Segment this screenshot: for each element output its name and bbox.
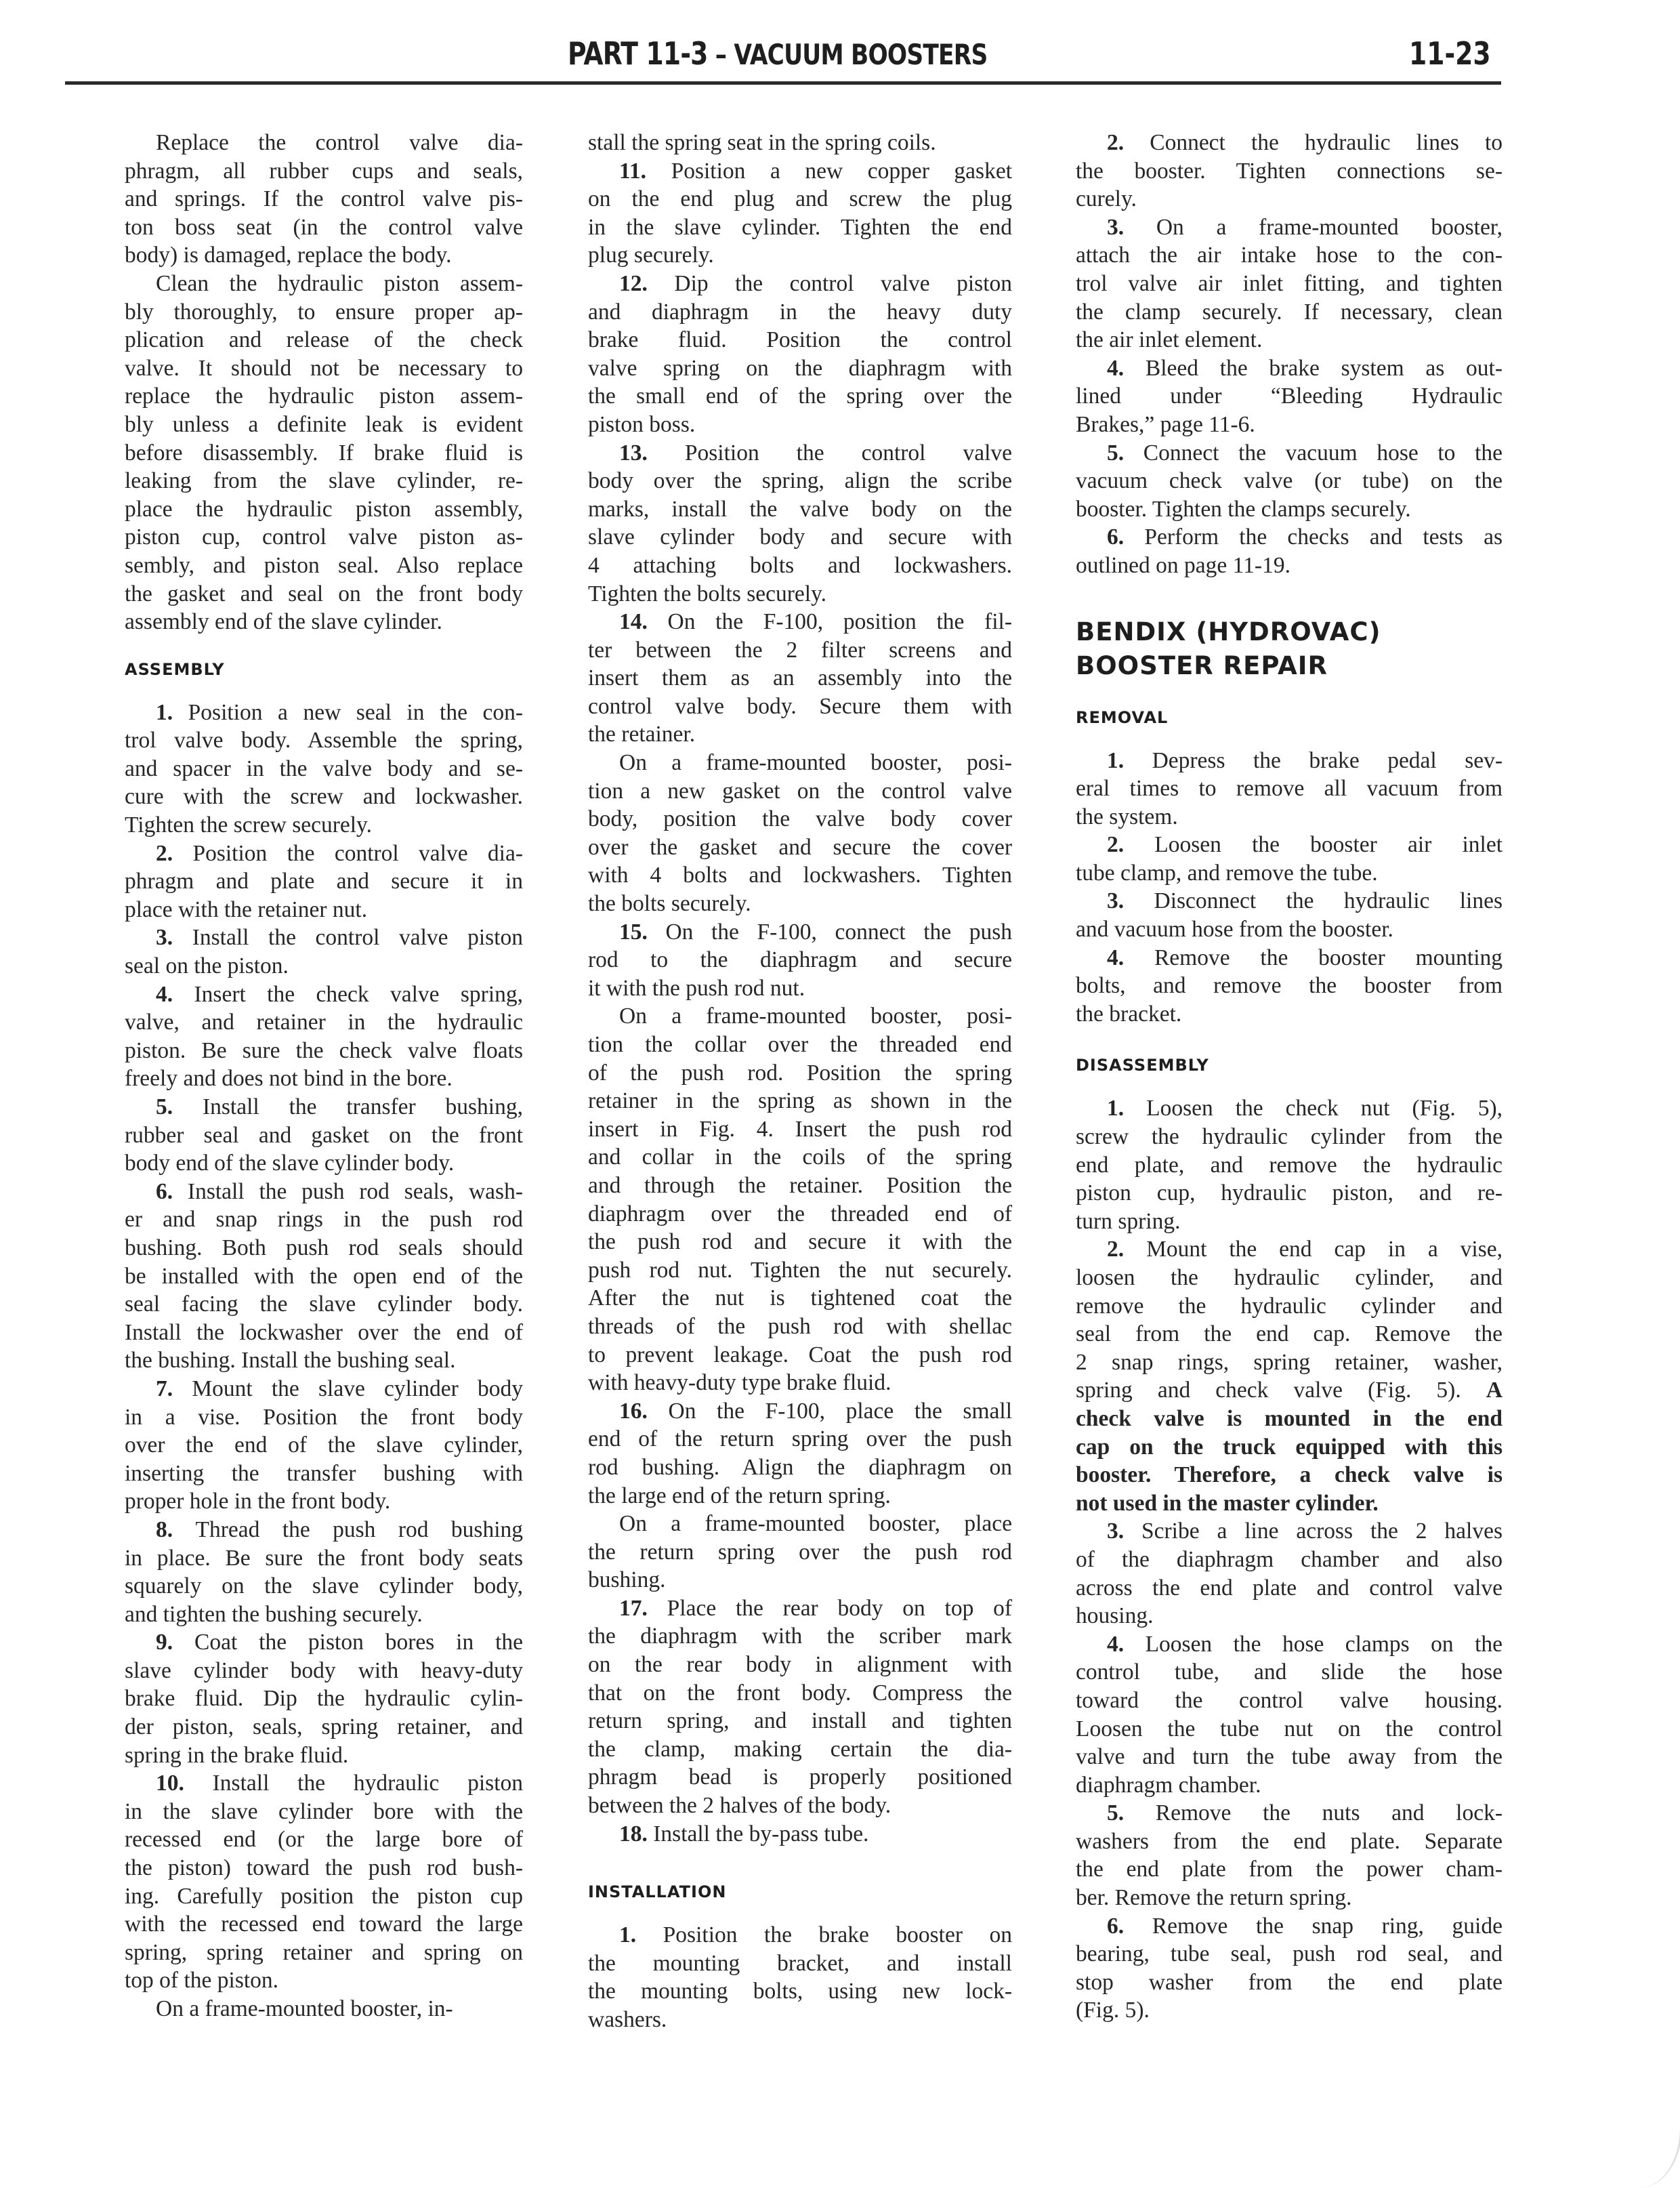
text-line: and tighten the bushing securely. — [125, 1601, 523, 1629]
text-line: 6. Install the push rod seals, wash- — [125, 1178, 523, 1206]
step-number: 4. — [1107, 1632, 1146, 1657]
text-line: cap on the truck equipped with this — [1076, 1433, 1503, 1462]
text-line: tube clamp, and remove the tube. — [1076, 859, 1503, 888]
paragraph: Replace the control valve dia-phragm, al… — [125, 129, 523, 270]
page-header: PART 11-3 – VACUUM BOOSTERS 11-23 — [0, 0, 1680, 88]
text-line: assembly end of the slave cylinder. — [125, 608, 523, 636]
text-line: valve, and retainer in the hydraulic — [125, 1008, 523, 1037]
text-line: piston cup, control valve piston as- — [125, 523, 523, 552]
text-line: and vacuum hose from the booster. — [1076, 915, 1503, 944]
text-line: bearing, tube seal, push rod seal, and — [1076, 1940, 1503, 1968]
step-number: 9. — [156, 1630, 194, 1655]
step-number: 6. — [156, 1179, 188, 1204]
text-line: the system. — [1076, 803, 1503, 831]
text-line: control tube, and slide the hose — [1076, 1658, 1503, 1687]
step-number: 1. — [1107, 1096, 1146, 1121]
text-line: the gasket and seal on the front body — [125, 580, 523, 608]
step-number: 3. — [156, 925, 192, 950]
text-line: (Fig. 5). — [1076, 1996, 1503, 2025]
step-17: 17. Place the rear body on top ofthe dia… — [588, 1594, 1012, 1820]
text-line: 3. Scribe a line across the 2 halves — [1076, 1517, 1503, 1546]
text-line: diaphragm chamber. — [1076, 1771, 1503, 1800]
text-line: 1. Position a new seal in the con- — [125, 699, 523, 727]
text-line: end of the return spring over the push — [588, 1425, 1012, 1453]
text-line: over the end of the slave cylinder, — [125, 1431, 523, 1460]
step-number: 18. — [619, 1821, 653, 1846]
text-line: the push rod and secure it with the — [588, 1228, 1012, 1256]
text-line: Install the lockwasher over the end of — [125, 1319, 523, 1347]
step-18: 18. Install the by-pass tube. — [588, 1820, 1012, 1849]
text-line: phragm and plate and secure it in — [125, 867, 523, 896]
text-line: phragm bead is properly positioned — [588, 1763, 1012, 1792]
heading-line: BENDIX (HYDROVAC) — [1076, 615, 1503, 649]
text-line: brake fluid. Dip the hydraulic cylin- — [125, 1685, 523, 1713]
step-number: 13. — [619, 440, 685, 466]
text-line: threads of the push rod with shellac — [588, 1313, 1012, 1341]
text-line: seal from the end cap. Remove the — [1076, 1320, 1503, 1348]
heading-disassembly: DISASSEMBLY — [1076, 1055, 1503, 1075]
text-line: tion the collar over the threaded end — [588, 1031, 1012, 1059]
text-line: curely. — [1076, 185, 1503, 213]
step-number: 17. — [619, 1596, 667, 1621]
text-line: body) is damaged, replace the body. — [125, 241, 523, 270]
text-line: vacuum check valve (or tube) on the — [1076, 467, 1503, 495]
numbered-step: 4. Insert the check valve spring,valve, … — [125, 981, 523, 1093]
text-line: body over the spring, align the scribe — [588, 467, 1012, 495]
text-line: 2. Connect the hydraulic lines to — [1076, 129, 1503, 157]
text-line: freely and does not bind in the bore. — [125, 1065, 523, 1093]
step-number: 11. — [619, 159, 671, 184]
text-line: washers. — [588, 2006, 1012, 2034]
text-line: and spacer in the valve body and se- — [125, 755, 523, 783]
step-number: 3. — [1107, 1519, 1141, 1544]
text-line: 9. Coat the piston bores in the — [125, 1628, 523, 1657]
text-line: squarely on the slave cylinder body, — [125, 1572, 523, 1601]
paragraph: On a frame-mounted booster, posi-tion th… — [588, 1002, 1012, 1397]
text-line: bushing. — [588, 1566, 1012, 1594]
text-line: 15. On the F-100, connect the push — [588, 918, 1012, 947]
text-line: bly thoroughly, to ensure proper ap- — [125, 298, 523, 327]
text-line: it with the push rod nut. — [588, 974, 1012, 1003]
text-line: slave cylinder body with heavy-duty — [125, 1657, 523, 1685]
text-line: 7. Mount the slave cylinder body — [125, 1375, 523, 1403]
text-line: insert them as an assembly into the — [588, 664, 1012, 693]
text-line: the bushing. Install the bushing seal. — [125, 1346, 523, 1375]
text-line: turn spring. — [1076, 1207, 1503, 1236]
step-16: 16. On the F-100, place the smallend of … — [588, 1397, 1012, 1510]
text-line: of the push rod. Position the spring — [588, 1059, 1012, 1088]
text-line: that on the front body. Compress the — [588, 1679, 1012, 1708]
text-line: Tighten the screw securely. — [125, 811, 523, 840]
disassembly-step-1: 1. Loosen the check nut (Fig. 5),screw t… — [1076, 1094, 1503, 1235]
text-line: of the diaphragm chamber and also — [1076, 1546, 1503, 1574]
heading-removal: REMOVAL — [1076, 707, 1503, 728]
text-line: spring, spring retainer and spring on — [125, 1939, 523, 1967]
numbered-step: 3. Install the control valve pistonseal … — [125, 924, 523, 980]
text-line: recessed end (or the large bore of — [125, 1825, 523, 1854]
text-line: 1. Depress the brake pedal sev- — [1076, 747, 1503, 775]
page-number: 11-23 — [1409, 35, 1491, 72]
step-number: 4. — [1107, 356, 1146, 381]
step-number: 2. — [1107, 1237, 1146, 1262]
step-number: 15. — [619, 920, 665, 945]
numbered-step: 5. Remove the nuts and lock-washers from… — [1076, 1799, 1503, 1912]
paragraph: On a frame-mounted booster, in- — [125, 1995, 523, 2023]
text-line: 11. Position a new copper gasket — [588, 157, 1012, 186]
paragraph: On a frame-mounted booster, posi-tion a … — [588, 749, 1012, 918]
text-line: the end plate from the power cham- — [1076, 1855, 1503, 1884]
text-line: booster. Tighten the clamps securely. — [1076, 495, 1503, 524]
text-line: ton boss seat (in the control valve — [125, 213, 523, 242]
text-line: in the slave cylinder. Tighten the end — [588, 213, 1012, 242]
step-number: 10. — [156, 1771, 213, 1796]
text-line: and diaphragm in the heavy duty — [588, 298, 1012, 327]
text-line: der piston, seals, spring retainer, and — [125, 1713, 523, 1741]
text-line: toward the control valve housing. — [1076, 1687, 1503, 1715]
numbered-step: 7. Mount the slave cylinder bodyin a vis… — [125, 1375, 523, 1516]
text-line: the bracket. — [1076, 1000, 1503, 1029]
step-number: 1. — [619, 1922, 663, 1947]
text-line: place the hydraulic piston assembly, — [125, 495, 523, 524]
text-line: On a frame-mounted booster, posi- — [588, 749, 1012, 777]
text-line: 17. Place the rear body on top of — [588, 1594, 1012, 1623]
text-line: sembly, and piston seal. Also replace — [125, 552, 523, 580]
text-line: cure with the screw and lockwasher. — [125, 783, 523, 811]
step-number: 2. — [1107, 130, 1150, 155]
text-line: tion a new gasket on the control valve — [588, 777, 1012, 806]
numbered-step: 2. Position the control valve dia-phragm… — [125, 840, 523, 924]
text-line: not used in the master cylinder. — [1076, 1489, 1503, 1518]
section-title: VACUUM BOOSTERS — [734, 38, 987, 71]
text-line: bushing. Both push rod seals should — [125, 1234, 523, 1262]
numbered-step: 3. Disconnect the hydraulic linesand vac… — [1076, 887, 1503, 943]
text-line: 4 attaching bolts and lockwashers. — [588, 552, 1012, 580]
text-line: ing. Carefully position the piston cup — [125, 1882, 523, 1911]
text-line: piston. Be sure the check valve floats — [125, 1037, 523, 1065]
step-number: 12. — [619, 271, 674, 296]
text-line: 10. Install the hydraulic piston — [125, 1769, 523, 1798]
text-line: slave cylinder body and secure with — [588, 523, 1012, 552]
text-line: After the nut is tightened coat the — [588, 1284, 1012, 1313]
numbered-step: 6. Perform the checks and tests asoutlin… — [1076, 523, 1503, 579]
text-line: and collar in the coils of the spring — [588, 1143, 1012, 1172]
numbered-step: 2. Connect the hydraulic lines tothe boo… — [1076, 129, 1503, 213]
numbered-step: 4. Bleed the brake system as out-lined u… — [1076, 354, 1503, 439]
text-line: the small end of the spring over the — [588, 382, 1012, 411]
step-number: 3. — [1107, 215, 1156, 240]
mixed-line: spring and check valve (Fig. 5). A — [1076, 1376, 1503, 1405]
text-line: 5. Connect the vacuum hose to the — [1076, 439, 1503, 468]
installation-steps: 2. Connect the hydraulic lines tothe boo… — [1076, 129, 1503, 580]
text-line: the piston) toward the push rod bush- — [125, 1854, 523, 1882]
text-line: piston boss. — [588, 411, 1012, 439]
text-line: 5. Install the transfer bushing, — [125, 1093, 523, 1121]
step-number: 5. — [1107, 440, 1143, 466]
text-line: ber. Remove the return spring. — [1076, 1884, 1503, 1912]
text-line: 1. Position the brake booster on — [588, 1921, 1012, 1949]
text-line: valve spring on the diaphragm with — [588, 354, 1012, 383]
step-number: 14. — [619, 609, 668, 634]
text-line: On a frame-mounted booster, place — [588, 1510, 1012, 1538]
numbered-step: 3. On a frame-mounted booster,attach the… — [1076, 213, 1503, 354]
text-line: be installed with the open end of the — [125, 1262, 523, 1291]
text-line: On a frame-mounted booster, in- — [125, 1995, 523, 2023]
numbered-step: 12. Dip the control valve pistonand diap… — [588, 270, 1012, 439]
text-line: 18. Install the by-pass tube. — [588, 1820, 1012, 1849]
numbered-step: 13. Position the control valvebody over … — [588, 439, 1012, 608]
step-number: 6. — [1107, 1914, 1152, 1939]
disassembly-steps-rest: 3. Scribe a line across the 2 halvesof t… — [1076, 1517, 1503, 2025]
step-number: 6. — [1107, 524, 1144, 550]
text-line: valve. It should not be necessary to — [125, 354, 523, 383]
step-number: 2. — [1107, 832, 1154, 857]
text-line: er and snap rings in the push rod — [125, 1205, 523, 1234]
text-line: leaking from the slave cylinder, re- — [125, 467, 523, 495]
text-line: spring in the brake fluid. — [125, 1741, 523, 1770]
text-line: with heavy-duty type brake fluid. — [588, 1369, 1012, 1397]
text-line: 3. Install the control valve piston — [125, 924, 523, 952]
step-number: 5. — [156, 1094, 203, 1119]
step-number: 1. — [156, 700, 188, 725]
text-line: on the end plug and screw the plug — [588, 185, 1012, 213]
text-line: attach the air intake hose to the con- — [1076, 241, 1503, 270]
text-line: 2. Mount the end cap in a vise, — [1076, 1235, 1503, 1264]
heading-bendix-repair: BENDIX (HYDROVAC) BOOSTER REPAIR — [1076, 615, 1503, 683]
text-line: the clamp securely. If necessary, clean — [1076, 298, 1503, 327]
text-line: end plate, and remove the hydraulic — [1076, 1151, 1503, 1180]
warning-note: check valve is mounted in the endcap on … — [1076, 1405, 1503, 1517]
numbered-step: 10. Install the hydraulic pistonin the s… — [125, 1769, 523, 1995]
step-number: 3. — [1107, 888, 1154, 913]
text-line: brake fluid. Position the control — [588, 326, 1012, 354]
text-line: 2. Position the control valve dia- — [125, 840, 523, 868]
paragraph: On a frame-mounted booster, placethe ret… — [588, 1510, 1012, 1594]
text-line: the return spring over the push rod — [588, 1538, 1012, 1567]
text-line: phragm, all rubber cups and seals, — [125, 157, 523, 186]
text-line: the clamp, making certain the dia- — [588, 1735, 1012, 1764]
disassembly-step-2: 2. Mount the end cap in a vise,loosen th… — [1076, 1235, 1503, 1517]
text-line: on the rear body in alignment with — [588, 1651, 1012, 1679]
text-line: with the recessed end toward the large — [125, 1910, 523, 1939]
header-rule — [65, 81, 1501, 85]
text-line: 14. On the F-100, position the fil- — [588, 608, 1012, 636]
text-line: 3. On a frame-mounted booster, — [1076, 213, 1503, 242]
text-line: Loosen the tube nut on the control — [1076, 1715, 1503, 1743]
text-line: top of the piston. — [125, 1966, 523, 1995]
paragraph: Clean the hydraulic piston assem-bly tho… — [125, 270, 523, 636]
text-line: Tighten the bolts securely. — [588, 580, 1012, 608]
text-line: rubber seal and gasket on the front — [125, 1121, 523, 1150]
text-line: rod to the diaphragm and secure — [588, 946, 1012, 974]
text-line: replace the hydraulic piston assem- — [125, 382, 523, 411]
title-dash: – — [708, 38, 734, 71]
text-line: across the end plate and control valve — [1076, 1574, 1503, 1603]
text-line: piston cup, hydraulic piston, and re- — [1076, 1179, 1503, 1207]
numbered-step: 4. Loosen the hose clamps on thecontrol … — [1076, 1630, 1503, 1800]
numbered-step: 14. On the F-100, position the fil-ter b… — [588, 608, 1012, 749]
text-line: housing. — [1076, 1602, 1503, 1630]
line-text: spring and check valve (Fig. 5). — [1076, 1378, 1486, 1403]
text-line: remove the hydraulic cylinder and — [1076, 1292, 1503, 1321]
numbered-step: 9. Coat the piston bores in theslave cyl… — [125, 1628, 523, 1769]
text-line: check valve is mounted in the end — [1076, 1405, 1503, 1433]
text-line: 5. Remove the nuts and lock- — [1076, 1799, 1503, 1828]
text-line: stall the spring seat in the spring coil… — [588, 129, 1012, 157]
heading-line: BOOSTER REPAIR — [1076, 649, 1503, 683]
text-line: 13. Position the control valve — [588, 439, 1012, 468]
text-line: 3. Disconnect the hydraulic lines — [1076, 887, 1503, 915]
text-line: seal facing the slave cylinder body. — [125, 1290, 523, 1319]
step-number: 1. — [1107, 748, 1152, 773]
numbered-step: 1. Depress the brake pedal sev-eral time… — [1076, 747, 1503, 831]
text-line: over the gasket and secure the cover — [588, 833, 1012, 862]
numbered-step: 8. Thread the push rod bushingin place. … — [125, 1516, 523, 1628]
text-line: in place. Be sure the front body seats — [125, 1544, 523, 1573]
text-line: body, position the valve body cover — [588, 805, 1012, 833]
numbered-step: 6. Remove the snap ring, guidebearing, t… — [1076, 1912, 1503, 2025]
step-number: 8. — [156, 1517, 196, 1542]
step-number: 7. — [156, 1376, 192, 1401]
text-line: the booster. Tighten connections se- — [1076, 157, 1503, 186]
text-line: between the 2 halves of the body. — [588, 1792, 1012, 1820]
text-line: the mounting bracket, and install — [588, 1949, 1012, 1978]
text-line: the air inlet element. — [1076, 326, 1503, 354]
page-curl-edge — [1639, 2067, 1680, 2188]
numbered-step: 1. Position a new seal in the con-trol v… — [125, 699, 523, 840]
numbered-step: 11. Position a new copper gasketon the e… — [588, 157, 1012, 270]
text-line: 8. Thread the push rod bushing — [125, 1516, 523, 1544]
text-line: proper hole in the front body. — [125, 1487, 523, 1516]
installation-step-1: 1. Position the brake booster onthe moun… — [588, 1921, 1012, 2034]
text-line: with 4 bolts and lockwashers. Tighten — [588, 861, 1012, 890]
text-line: in the slave cylinder bore with the — [125, 1798, 523, 1826]
step-number: 4. — [1107, 945, 1154, 970]
text-line: 2. Loosen the booster air inlet — [1076, 831, 1503, 859]
text-line: bolts, and remove the booster from — [1076, 972, 1503, 1000]
text-line: control valve body. Secure them with — [588, 693, 1012, 721]
text-line: the retainer. — [588, 720, 1012, 749]
numbered-step: 3. Scribe a line across the 2 halvesof t… — [1076, 1517, 1503, 1630]
heading-assembly: ASSEMBLY — [125, 659, 523, 680]
text-line: retainer in the spring as shown in the — [588, 1087, 1012, 1115]
text-line: marks, install the valve body on the — [588, 495, 1012, 524]
part-number: PART 11-3 — [568, 35, 708, 72]
text-line: trol valve air inlet fitting, and tighte… — [1076, 270, 1503, 298]
step-15: 15. On the F-100, connect the pushrod to… — [588, 918, 1012, 1003]
text-line: Clean the hydraulic piston assem- — [125, 270, 523, 298]
text-line: in a vise. Position the front body — [125, 1403, 523, 1432]
step-number: 2. — [156, 841, 192, 866]
numbered-step: 2. Loosen the booster air inlettube clam… — [1076, 831, 1503, 887]
heading-installation: INSTALLATION — [588, 1882, 1012, 1902]
text-line: stop washer from the end plate — [1076, 1968, 1503, 1997]
text-line: 6. Perform the checks and tests as — [1076, 523, 1503, 552]
column-3: 2. Connect the hydraulic lines tothe boo… — [1076, 129, 1503, 2025]
text-line: body end of the slave cylinder body. — [125, 1149, 523, 1178]
text-line: eral times to remove all vacuum from — [1076, 775, 1503, 803]
text-line: the large end of the return spring. — [588, 1482, 1012, 1510]
text-line: bly unless a definite leak is evident — [125, 411, 523, 439]
text-line: plug securely. — [588, 241, 1012, 270]
text-line: the bolts securely. — [588, 890, 1012, 918]
running-title: PART 11-3 – VACUUM BOOSTERS — [568, 35, 987, 72]
step-number: 4. — [156, 982, 194, 1007]
text-line: 2 snap rings, spring retainer, washer, — [1076, 1348, 1503, 1377]
text-line: to prevent leakage. Coat the push rod — [588, 1341, 1012, 1369]
text-line: valve and turn the tube away from the — [1076, 1743, 1503, 1771]
text-line: 4. Loosen the hose clamps on the — [1076, 1630, 1503, 1659]
numbered-step: 4. Remove the booster mountingbolts, and… — [1076, 944, 1503, 1029]
text-line: place with the retainer nut. — [125, 896, 523, 924]
step-number: 5. — [1107, 1800, 1156, 1825]
step-2-lines: 2. Mount the end cap in a vise,loosen th… — [1076, 1235, 1503, 1376]
text-line: plication and release of the check — [125, 326, 523, 354]
text-line: trol valve body. Assemble the spring, — [125, 726, 523, 755]
text-line: Brakes,” page 11-6. — [1076, 411, 1503, 439]
text-line: On a frame-mounted booster, posi- — [588, 1002, 1012, 1031]
numbered-step: 5. Install the transfer bushing,rubber s… — [125, 1093, 523, 1178]
text-line: return spring, and install and tighten — [588, 1707, 1012, 1735]
text-line: 4. Bleed the brake system as out- — [1076, 354, 1503, 383]
paragraph-continued: stall the spring seat in the spring coil… — [588, 129, 1012, 157]
text-line: diaphragm over the threaded end of — [588, 1200, 1012, 1229]
text-line: the diaphragm with the scriber mark — [588, 1622, 1012, 1651]
assembly-steps-cont: 11. Position a new copper gasketon the e… — [588, 157, 1012, 749]
text-line: and springs. If the control valve pis- — [125, 185, 523, 213]
step-number: 16. — [619, 1399, 669, 1424]
bold-text: A — [1486, 1378, 1503, 1403]
text-line: insert in Fig. 4. Insert the push rod — [588, 1115, 1012, 1144]
text-line: push rod nut. Tighten the nut securely. — [588, 1256, 1012, 1285]
numbered-step: 6. Install the push rod seals, wash-er a… — [125, 1178, 523, 1375]
text-line: washers from the end plate. Separate — [1076, 1828, 1503, 1856]
text-line: the mounting bolts, using new lock- — [588, 1977, 1012, 2006]
text-line: lined under “Bleeding Hydraulic — [1076, 382, 1503, 411]
text-line: outlined on page 11-19. — [1076, 552, 1503, 580]
text-line: seal on the piston. — [125, 952, 523, 981]
text-line: ter between the 2 filter screens and — [588, 636, 1012, 665]
text-line: loosen the hydraulic cylinder, and — [1076, 1264, 1503, 1292]
text-line: inserting the transfer bushing with — [125, 1460, 523, 1488]
text-line: before disassembly. If brake fluid is — [125, 439, 523, 468]
text-line: screw the hydraulic cylinder from the — [1076, 1123, 1503, 1151]
text-line: 12. Dip the control valve piston — [588, 270, 1012, 298]
column-1: Replace the control valve dia-phragm, al… — [125, 129, 523, 2023]
text-line: 6. Remove the snap ring, guide — [1076, 1912, 1503, 1941]
text-line: rod bushing. Align the diaphragm on — [588, 1453, 1012, 1482]
removal-steps: 1. Depress the brake pedal sev-eral time… — [1076, 747, 1503, 1029]
column-2: stall the spring seat in the spring coil… — [588, 129, 1012, 2034]
text-line: booster. Therefore, a check valve is — [1076, 1461, 1503, 1489]
numbered-step: 5. Connect the vacuum hose to thevacuum … — [1076, 439, 1503, 524]
text-line: 4. Remove the booster mounting — [1076, 944, 1503, 972]
text-line: Replace the control valve dia- — [125, 129, 523, 157]
text-line: 4. Insert the check valve spring, — [125, 981, 523, 1009]
text-line: and through the retainer. Position the — [588, 1172, 1012, 1200]
text-line: 16. On the F-100, place the small — [588, 1397, 1012, 1426]
text-line: 1. Loosen the check nut (Fig. 5), — [1076, 1094, 1503, 1123]
assembly-steps: 1. Position a new seal in the con-trol v… — [125, 699, 523, 1995]
